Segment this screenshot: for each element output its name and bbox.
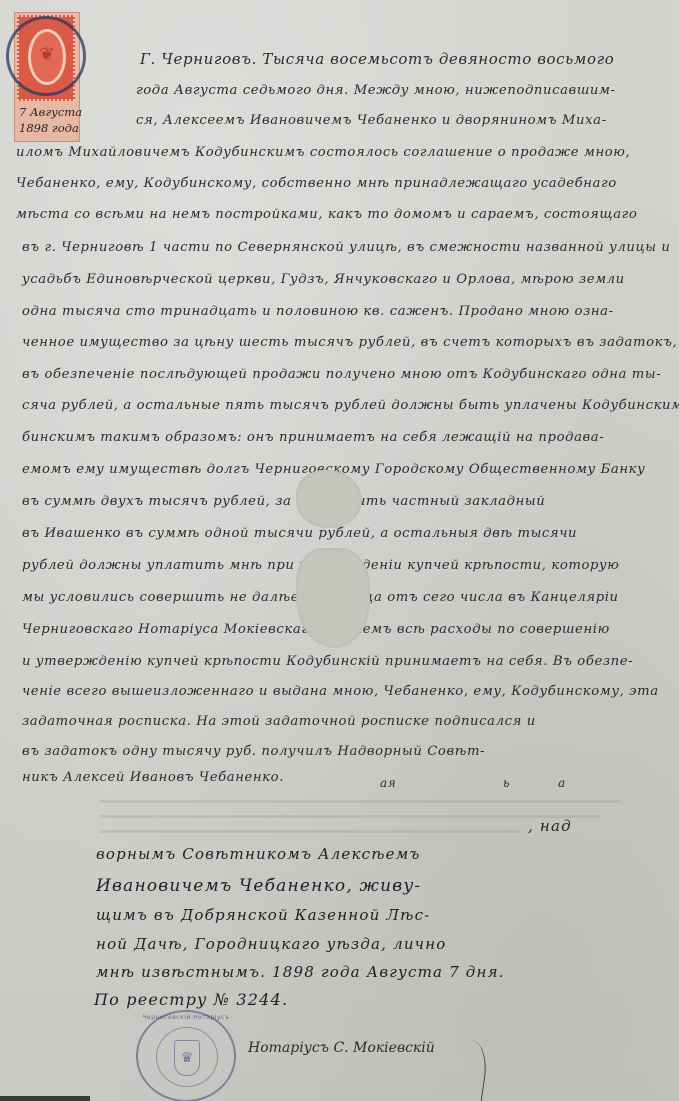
seal-inscription: Черниговскій Нотаріусъ	[138, 1014, 234, 1021]
deed-line: въ суммѣ двухъ тысячъ рублей, за ... пог…	[22, 494, 545, 509]
signature-flourish	[451, 1038, 490, 1101]
deed-line: въ обезпеченіе послѣдующей продажи получ…	[22, 367, 661, 382]
faint-printed-form-line	[100, 830, 520, 833]
deed-line: одна тысяча сто тринадцать и половиною к…	[22, 304, 614, 319]
deed-line: въ задатокъ одну тысячу руб. получилъ На…	[22, 744, 485, 759]
form-fragment: ая	[380, 776, 396, 790]
deed-line: сяча рублей, а остальные пять тысячъ руб…	[22, 398, 679, 413]
deed-line: бинскимъ такимъ образомъ: онъ принимаетъ…	[22, 430, 604, 445]
stamp-date-line-2: 1898 года	[19, 121, 79, 135]
deed-line: въ Ивашенко въ суммѣ одной тысячи рублей…	[22, 526, 577, 541]
faint-printed-form-line	[100, 815, 600, 818]
notary-line: ной Дачѣ, Городницкаго уѣзда, лично	[96, 935, 447, 953]
register-number: По реестру № 3244.	[94, 990, 288, 1009]
notary-signature: Нотаріусъ С. Мокіевскій	[248, 1040, 435, 1056]
notary-line: , над	[528, 817, 572, 835]
notary-seal: Черниговскій Нотаріусъ ♛	[136, 1010, 236, 1101]
form-fragment: ь	[503, 776, 510, 790]
deed-line: ченное имущество за цѣну шесть тысячъ ру…	[22, 335, 677, 350]
deed-line: года Августа седьмого дня. Между мною, н…	[136, 83, 616, 98]
deed-line: мѣста со всѣми на немъ постройками, какъ…	[16, 207, 637, 222]
deed-line: никъ Алексей Ивановъ Чебаненко.	[22, 770, 284, 785]
stamp-date-line-1: 7 Августа	[19, 105, 82, 119]
form-fragment: а	[558, 776, 566, 790]
faint-printed-form-line	[100, 800, 620, 803]
deed-line: Чебаненко, ему, Кодубинскому, собственно…	[16, 176, 617, 191]
deed-line: ченіе всего вышеизложеннаго и выдана мно…	[22, 684, 659, 699]
notary-line: ворнымъ Совѣтникомъ Алексѣемъ	[96, 845, 421, 863]
deed-line: ся, Алексеемъ Ивановичемъ Чебаненко и дв…	[136, 113, 607, 128]
deed-line: усадьбъ Единовѣрческой церкви, Гудзъ, Ян…	[22, 272, 625, 287]
document-page: ❦ 7 Августа 1898 года Г. Черниговъ. Тыся…	[0, 0, 679, 1101]
coat-of-arms-icon: ♛	[174, 1040, 200, 1076]
paper-damage-spot	[296, 548, 370, 648]
deed-line: иломъ Михайловичемъ Кодубинскимъ состоял…	[16, 145, 630, 160]
deed-line: и утвержденію купчей крѣпости Кодубинскі…	[22, 654, 633, 669]
deed-line: задаточная росписка. На этой задаточной …	[22, 714, 536, 729]
notary-line: мнѣ извѣстнымъ. 1898 года Августа 7 дня.	[96, 963, 505, 981]
deed-line: Г. Черниговъ. Тысяча восемьсотъ девяност…	[140, 50, 614, 68]
notary-line: Ивановичемъ Чебаненко, живу-	[96, 876, 421, 896]
cancellation-postmark-icon	[6, 16, 86, 96]
notary-line: щимъ въ Добрянской Казенной Лѣс-	[96, 906, 430, 924]
scan-edge	[0, 1096, 90, 1101]
deed-line: въ г. Черниговѣ 1 части по Севернянской …	[22, 240, 670, 255]
paper-damage-spot	[296, 470, 362, 528]
